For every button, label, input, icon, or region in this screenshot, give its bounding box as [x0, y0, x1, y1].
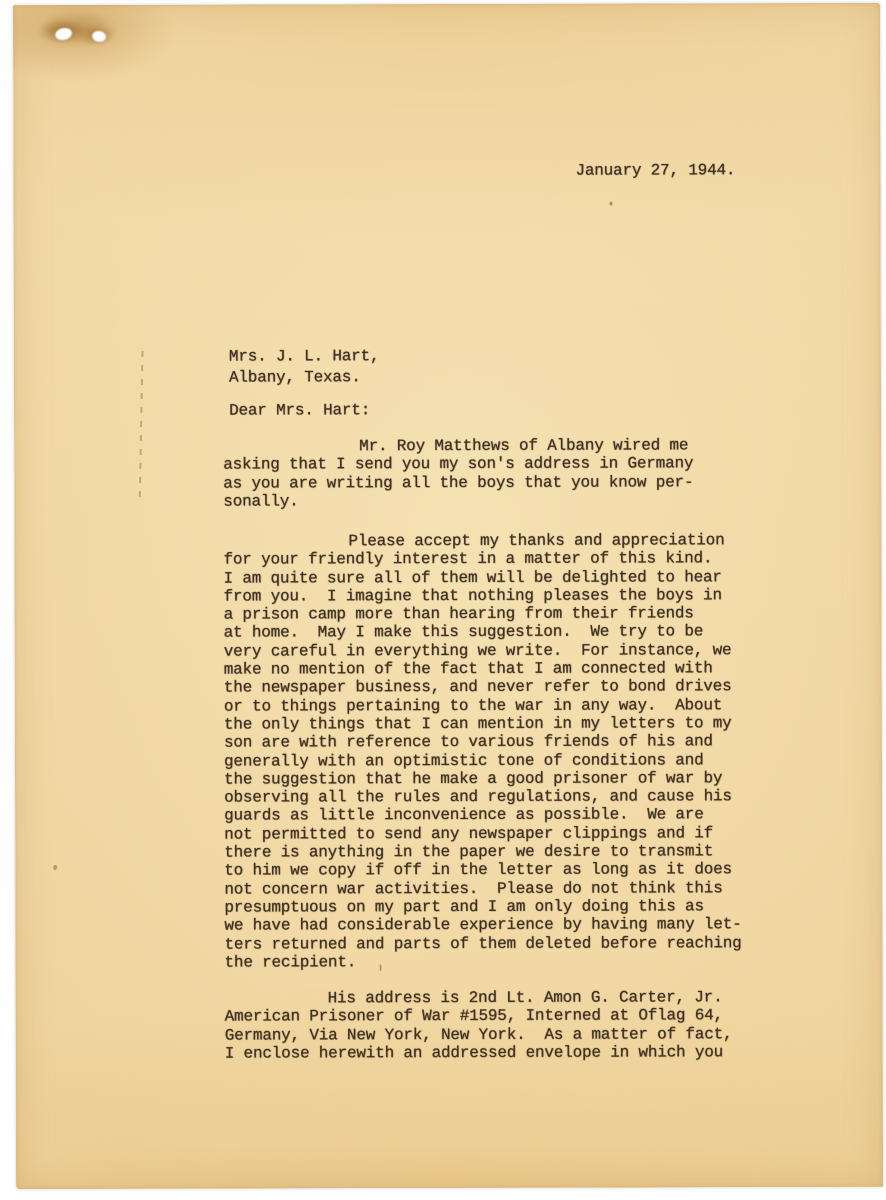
- recipient-address: Mrs. J. L. Hart, Albany, Texas.: [229, 345, 849, 388]
- salutation: Dear Mrs. Hart:: [229, 400, 849, 420]
- body-paragraph-2: Please accept my thanks and appreciation…: [223, 531, 844, 972]
- body-paragraph-1: Mr. Roy Matthews of Albany wired me aski…: [223, 436, 843, 511]
- body-paragraph-3: His address is 2nd Lt. Amon G. Carter, J…: [225, 988, 845, 1063]
- letter-paper: January 27, 1944. Mrs. J. L. Hart, Alban…: [13, 3, 883, 1189]
- paper-speck: [53, 865, 57, 870]
- letter-date: January 27, 1944.: [575, 161, 855, 180]
- paper-speck: [610, 202, 613, 206]
- crease-scratch-line: [139, 351, 143, 503]
- paperclip-rust-stain: [31, 9, 131, 57]
- scanned-letter-page: January 27, 1944. Mrs. J. L. Hart, Alban…: [0, 0, 886, 1200]
